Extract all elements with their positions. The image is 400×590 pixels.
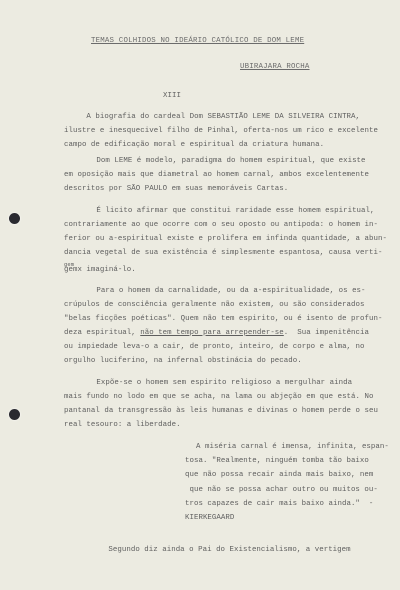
body-line: descritos por SÃO PAULO em suas memoráve… <box>64 185 288 194</box>
body-line: em oposição mais que diametral ao homem … <box>64 171 369 180</box>
body-line: Dom LEME é modelo, paradigma do homem es… <box>74 157 366 166</box>
body-line: Para o homem da carnalidade, ou da a-esp… <box>74 287 366 296</box>
body-line: real tesouro: a liberdade. <box>64 421 181 430</box>
body-line: gemx imaginá-lo. <box>64 266 136 275</box>
body-line: É licito afirmar que constitui raridade … <box>74 207 375 216</box>
quote-attribution: KIERKEGAARD <box>185 514 234 523</box>
quote-line: A miséria carnal é imensa, infinita, esp… <box>196 443 389 452</box>
body-line: campo de edificação moral e espiritual d… <box>64 141 324 150</box>
body-line: ilustre e inesquecivel filho de Pinhal, … <box>64 127 378 136</box>
punch-hole-top <box>9 213 20 224</box>
quote-line: tros capazes de cair mais baixo ainda." … <box>185 500 373 509</box>
typewritten-page: TEMAS COLHIDOS NO IDEÁRIO CATÓLICO DE DO… <box>0 0 400 590</box>
quote-line: que não se possa achar outro ou muitos o… <box>185 486 378 495</box>
body-line: Expõe-se o homem sem espirito religioso … <box>74 379 352 388</box>
body-line: crúpulos de consciência geralmente não e… <box>64 301 365 310</box>
document-author: UBIRAJARA ROCHA <box>240 63 310 72</box>
body-line: pantanal da transgressão às leis humanas… <box>64 407 378 416</box>
quote-line: que não possa recair ainda mais baixo, n… <box>185 471 373 480</box>
document-title: TEMAS COLHIDOS NO IDEÁRIO CATÓLICO DE DO… <box>91 37 304 46</box>
body-line: Segundo diz ainda o Pai do Existencialis… <box>86 546 351 555</box>
body-line: orgulho luciferino, na infernal obstinác… <box>64 357 302 366</box>
chapter-number: XIII <box>163 92 181 101</box>
underlined-phrase: não tem tempo para arrepender-se <box>140 329 284 337</box>
body-line: ou impiedade leva-o a cair, de pronto, i… <box>64 343 365 352</box>
punch-hole-bottom <box>9 409 20 420</box>
body-line: ferior ou a-espiritual existe e prolifer… <box>64 235 387 244</box>
body-line: contrariamente ao que ocorre com o seu o… <box>64 221 378 230</box>
body-line: dancia vegetal de sua existência é simpl… <box>64 249 382 258</box>
body-line: "belas ficções poéticas". Quem não tem e… <box>64 315 382 324</box>
quote-line: tosa. "Realmente, ninguém tomba tão baix… <box>185 457 369 466</box>
body-line-underlined: deza espiritual, não tem tempo para arre… <box>64 329 369 338</box>
body-line: mais fundo no lodo em que se acha, na la… <box>64 393 373 402</box>
body-line: A biografia do cardeal Dom SEBASTIÃO LEM… <box>64 113 360 122</box>
